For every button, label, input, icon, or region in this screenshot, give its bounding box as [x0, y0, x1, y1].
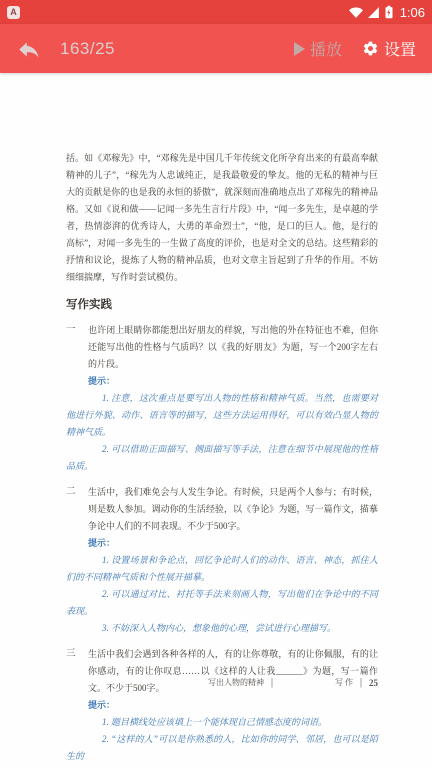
exercise-1-hint-1: 1. 注意，这次重点是要写出人物的性格和精神气质。当然，也需要对他进行外貌、动作… [66, 390, 378, 441]
exercise-2-hint-2: 2. 可以通过对比、衬托等手法来刻画人物，写出他们在争论中的不同表现。 [66, 586, 378, 620]
footer-divider-right: | [360, 677, 362, 688]
exercise-2-hint-label: 提示： [88, 535, 378, 552]
notification-app-icon: A [7, 6, 20, 19]
back-arrow-icon [16, 38, 42, 60]
clock-time: 1:06 [400, 5, 425, 20]
exercise-1-hint-2: 2. 可以借助正面描写、侧面描写等手法，注意在细节中展现他的性格品质。 [66, 441, 378, 475]
exercise-2-intro: 生活中，我们难免会与人发生争论。有时候，只是两个人参与；有时候，则是数人参加。调… [88, 484, 378, 535]
back-button[interactable] [16, 38, 42, 60]
exercise-1-intro: 也许闭上眼睛你都能想出好朋友的样貌，写出他的外在特征也不难，但你还能写出他的性格… [88, 322, 378, 373]
play-button[interactable]: 播放 [294, 37, 342, 60]
footer-divider-left: | [271, 677, 273, 688]
cellular-signal-icon [367, 6, 380, 18]
section-heading-writing-practice: 写作实践 [66, 297, 378, 313]
book-page[interactable]: 括。如《邓稼先》中，“邓稼先是中国几千年传统文化所孕育出来的有最高奉献精神的儿子… [0, 73, 432, 768]
exercise-3: 三 生活中我们会遇到各种各样的人，有的让你尊敬，有的让你佩服，有的让你感动，有的… [66, 646, 378, 765]
footer-section-label: 写 作 [335, 677, 353, 688]
exercise-2-number: 二 [66, 484, 88, 535]
exercise-2-hint-1: 1. 设置场景和争论点，回忆争论时人们的动作、语言、神态，抓住人们的不同精神气质… [66, 552, 378, 586]
exercise-3-hint-1: 1. 题目横线处应该填上一个能体现自己情感态度的词语。 [66, 714, 378, 731]
exercise-1: 一 也许闭上眼睛你都能想出好朋友的样貌，写出他的外在特征也不难，但你还能写出他的… [66, 322, 378, 475]
exercise-3-hint-label: 提示： [88, 697, 378, 714]
app-bar: 163/25 播放 设置 [0, 24, 432, 73]
footer-unit-title: 写出人物的精神 [208, 677, 264, 688]
exercise-2-hint-3: 3. 不妨深入人物内心，想象他的心理，尝试进行心理描写。 [66, 620, 378, 637]
settings-label: 设置 [384, 37, 416, 60]
exercise-2: 二 生活中，我们难免会与人发生争论。有时候，只是两个人参与；有时候，则是数人参加… [66, 484, 378, 637]
exercise-1-hint-label: 提示： [88, 373, 378, 390]
play-label: 播放 [310, 37, 342, 60]
page-counter-title: 163/25 [60, 39, 115, 59]
footer-page-number: 25 [369, 678, 378, 688]
opening-paragraph: 括。如《邓稼先》中，“邓稼先是中国几千年传统文化所孕育出来的有最高奉献精神的儿子… [66, 150, 378, 286]
play-icon [294, 42, 305, 56]
settings-button[interactable]: 设置 [362, 37, 416, 60]
exercise-1-number: 一 [66, 322, 88, 373]
status-bar: A 1:06 [0, 0, 432, 24]
exercise-3-hint-2: 2. “这样的人”可以是你熟悉的人，比如你的同学、邻居，也可以是陌生的 [66, 731, 378, 765]
wifi-icon [349, 6, 363, 18]
battery-charging-icon [384, 5, 394, 19]
gear-icon [362, 40, 379, 57]
page-footer: 写出人物的精神 | 写 作 | 25 [66, 677, 378, 691]
